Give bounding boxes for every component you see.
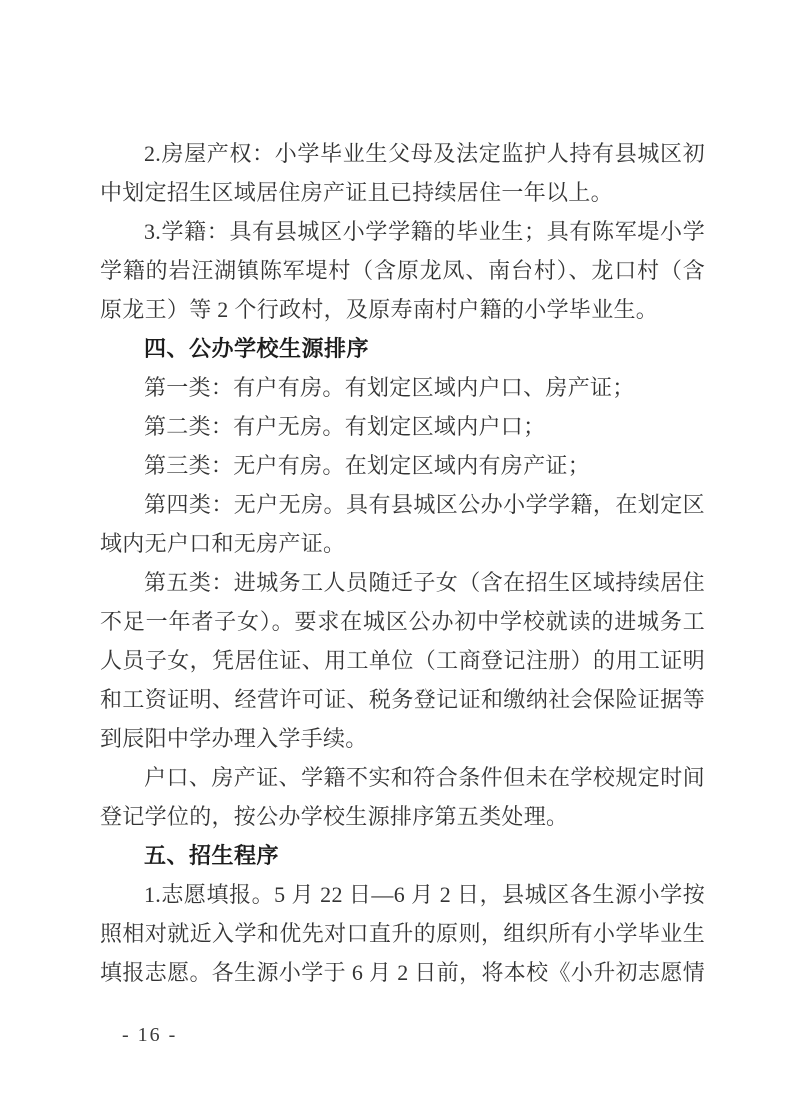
document-page: 2.房屋产权：小学毕业生父母及法定监护人持有县城区初中划定招生区域居住房产证且已… bbox=[0, 0, 800, 1096]
document-body: 2.房屋产权：小学毕业生父母及法定监护人持有县城区初中划定招生区域居住房产证且已… bbox=[100, 134, 705, 992]
page-number: - 16 - bbox=[122, 1022, 177, 1048]
paragraph-category-1: 第一类：有户有房。有划定区域内户口、房产证； bbox=[100, 368, 705, 407]
paragraph-category-2: 第二类：有户无房。有划定区域内户口； bbox=[100, 407, 705, 446]
heading-section-4-public-school-source-order: 四、公办学校生源排序 bbox=[100, 329, 705, 368]
heading-section-5-enrollment-procedure: 五、招生程序 bbox=[100, 836, 705, 875]
paragraph-category-5: 第五类：进城务工人员随迁子女（含在招生区域持续居住不足一年者子女）。要求在城区公… bbox=[100, 563, 705, 758]
paragraph-volunteer-application: 1.志愿填报。5 月 22 日—6 月 2 日，县城区各生源小学按照相对就近入学… bbox=[100, 875, 705, 992]
paragraph-housing-property: 2.房屋产权：小学毕业生父母及法定监护人持有县城区初中划定招生区域居住房产证且已… bbox=[100, 134, 705, 212]
paragraph-student-registration: 3.学籍：具有县城区小学学籍的毕业生；具有陈军堤小学学籍的岩汪湖镇陈军堤村（含原… bbox=[100, 212, 705, 329]
paragraph-category-4: 第四类：无户无房。具有县城区公办小学学籍，在划定区域内无户口和无房产证。 bbox=[100, 485, 705, 563]
paragraph-false-info-handling: 户口、房产证、学籍不实和符合条件但未在学校规定时间登记学位的，按公办学校生源排序… bbox=[100, 758, 705, 836]
paragraph-category-3: 第三类：无户有房。在划定区域内有房产证； bbox=[100, 446, 705, 485]
